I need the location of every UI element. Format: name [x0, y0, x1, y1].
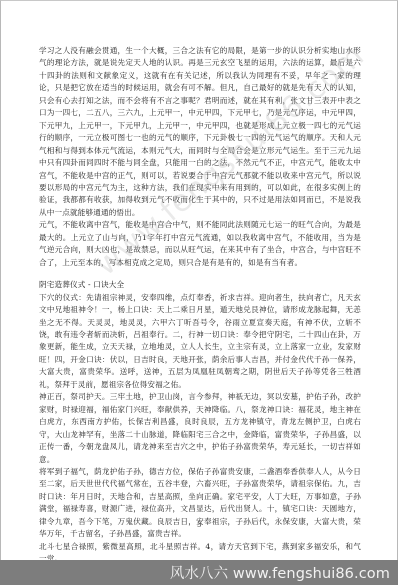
section-heading: 阴宅造葬仪式 - 口诀大全	[39, 279, 361, 292]
scanned-page: 学习之人没有融会贯通，生一个大概，三合之法有它的局限，是第一步的认识分析实地山水…	[0, 0, 398, 561]
section-paragraph-2: 神正百，祭司护天。三牢土地，护卫山岗，言今参拜，神祇无边，冥以安墓，护佑子孙，改…	[39, 391, 361, 466]
footer-bar: 风水八六 www.fengshui86.com	[0, 560, 398, 585]
section-paragraph-4: 北斗七星合禄照，紫微星高照，北斗星照吉祥。4，请方天官到下宅，燕到家多福安乐，和…	[39, 541, 361, 561]
page-number: 5	[197, 521, 201, 529]
section-paragraph-3: 将军到子福气，荫龙护佑子孙，德吉方位，保佑子孙富贵安康，二盏酒奉香供奉人人，从今…	[39, 466, 361, 541]
footer-site-label: 风水八六 www.fengshui86.com	[170, 562, 398, 583]
body-paragraph-2: 元气，不能收离中宫气，能收是中宫合中气，则不能同此法则随元七运一的旺气合向，为最…	[39, 219, 361, 269]
page-content: 学习之人没有融会贯通，生一个大概，三合之法有它的局限，是第一步的认识分析实地山水…	[39, 45, 361, 561]
section-paragraph-1: 下穴的仪式：先请祖宗神灵，安奉四维，点灯奉香，祈求吉祥。迎向者生，扶向者亡，凡天…	[39, 292, 361, 392]
body-paragraph-1: 学习之人没有融会贯通，生一个大概，三合之法有它的局限，是第一步的认识分析实地山水…	[39, 45, 361, 219]
